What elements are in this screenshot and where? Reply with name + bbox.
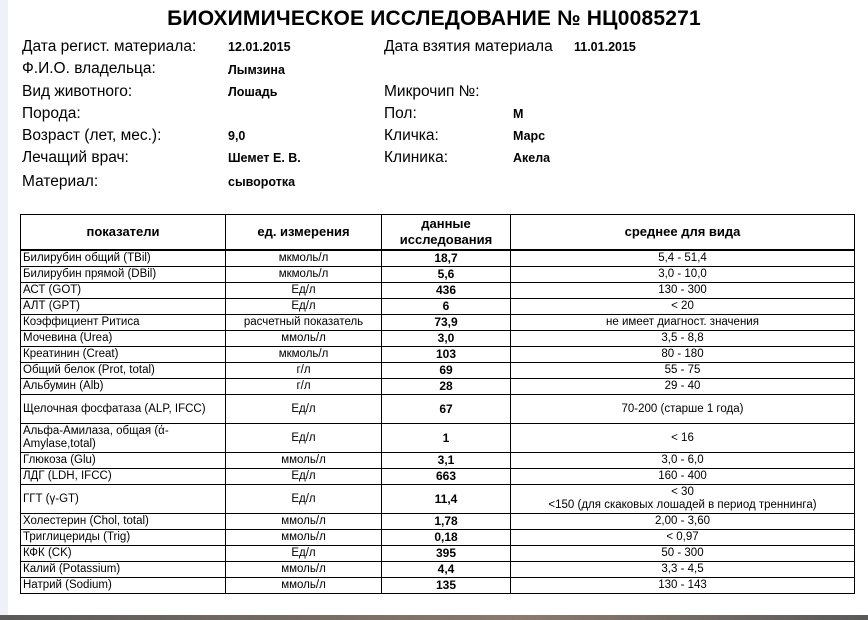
parameter-name: Натрий (Sodium): [21, 578, 226, 594]
parameter-name: Калий (Potassium): [21, 562, 226, 578]
clinic-label: Клиника:: [384, 149, 448, 167]
table-row: Триглицериды (Trig)ммоль/л0,18< 0,97: [21, 530, 855, 546]
table-row: АСТ (GOT)Ед/л436130 - 300: [21, 283, 855, 299]
header-unit: ед. измерения: [226, 215, 382, 251]
material-label: Материал:: [22, 173, 98, 191]
table-row: ГГТ (γ-GT)Ед/л11,4< 30<150 (для скаковых…: [21, 485, 855, 514]
table-row: Коэффициент Ритисарасчетный показатель73…: [21, 315, 855, 331]
reference-range: 3,3 - 4,5: [511, 562, 855, 578]
reference-range-line: < 30: [513, 486, 852, 499]
result-value: 3,0: [382, 331, 511, 347]
table-row: Глюкоза (Glu)ммоль/л3,13,0 - 6,0: [21, 453, 855, 469]
result-value: 135: [382, 578, 511, 594]
table-row: Мочевина (Urea)ммоль/л3,03,5 - 8,8: [21, 331, 855, 347]
unit: мкмоль/л: [226, 250, 382, 267]
unit: мкмоль/л: [226, 267, 382, 283]
header-value: данные исследования: [382, 215, 511, 251]
parameter-name: Креатинин (Creat): [21, 347, 226, 363]
unit: Ед/л: [226, 546, 382, 562]
result-value: 28: [382, 379, 511, 395]
reference-range: < 16: [511, 424, 855, 453]
unit: ммоль/л: [226, 514, 382, 530]
table-row: Креатинин (Creat)мкмоль/л10380 - 180: [21, 347, 855, 363]
parameter-name: Билирубин прямой (DBil): [21, 267, 226, 283]
result-value: 18,7: [382, 250, 511, 267]
table-header-row: показатели ед. измерения данные исследов…: [21, 215, 855, 251]
unit: расчетный показатель: [226, 315, 382, 331]
breed-label: Порода:: [22, 105, 81, 123]
reference-range: 3,0 - 6,0: [511, 453, 855, 469]
parameter-name: КФК (CK): [21, 546, 226, 562]
result-value: 663: [382, 469, 511, 485]
reference-range: 130 - 143: [511, 578, 855, 594]
reference-range: 2,00 - 3,60: [511, 514, 855, 530]
table-row: Билирубин прямой (DBil)мкмоль/л5,63,0 - …: [21, 267, 855, 283]
table-row: Натрий (Sodium)ммоль/л135130 - 143: [21, 578, 855, 594]
table-row: Альбумин (Alb)г/л2829 - 40: [21, 379, 855, 395]
reference-range: 29 - 40: [511, 379, 855, 395]
parameter-name: Коэффициент Ритиса: [21, 315, 226, 331]
doctor-label: Лечащий врач:: [22, 149, 129, 167]
parameter-name: АЛТ (GPT): [21, 299, 226, 315]
result-value: 436: [382, 283, 511, 299]
table-row: ЛДГ (LDH, IFCC)Ед/л663160 - 400: [21, 469, 855, 485]
unit: г/л: [226, 379, 382, 395]
result-value: 6: [382, 299, 511, 315]
microchip-label: Микрочип №:: [384, 83, 480, 101]
reference-range: 3,5 - 8,8: [511, 331, 855, 347]
parameter-name: АСТ (GOT): [21, 283, 226, 299]
result-value: 67: [382, 395, 511, 424]
parameter-name: Мочевина (Urea): [21, 331, 226, 347]
unit: ммоль/л: [226, 453, 382, 469]
unit: Ед/л: [226, 469, 382, 485]
parameter-name: Холестерин (Chol, total): [21, 514, 226, 530]
owner-value: Лымзина: [228, 63, 285, 77]
unit: Ед/л: [226, 283, 382, 299]
table-row: Холестерин (Chol, total)ммоль/л1,782,00 …: [21, 514, 855, 530]
parameter-name: Триглицериды (Trig): [21, 530, 226, 546]
reference-range: 80 - 180: [511, 347, 855, 363]
reference-range: < 0,97: [511, 530, 855, 546]
parameter-name: Щелочная фосфатаза (ALP, IFCC): [21, 395, 226, 424]
unit: Ед/л: [226, 395, 382, 424]
result-value: 73,9: [382, 315, 511, 331]
result-value: 1: [382, 424, 511, 453]
reference-range: 70-200 (старше 1 года): [511, 395, 855, 424]
page-left-margin: [0, 0, 8, 620]
parameter-name: ГГТ (γ-GT): [21, 485, 226, 514]
reference-range: 130 - 300: [511, 283, 855, 299]
sample-date-label: Дата взятия материала: [384, 38, 553, 56]
reference-range-note: <150 (для скаковых лошадей в период трен…: [513, 499, 852, 512]
nickname-label: Кличка:: [384, 127, 439, 145]
parameter-name: ЛДГ (LDH, IFCC): [21, 469, 226, 485]
reference-range: 55 - 75: [511, 363, 855, 379]
doctor-value: Шемет Е. В.: [228, 151, 301, 165]
nickname-value: Марс: [513, 129, 545, 143]
table-row: Билирубин общий (TBil)мкмоль/л18,75,4 - …: [21, 250, 855, 267]
sample-date-value: 11.01.2015: [574, 40, 636, 54]
table-row: Калий (Potassium)ммоль/л4,43,3 - 4,5: [21, 562, 855, 578]
result-value: 11,4: [382, 485, 511, 514]
reference-range: < 30<150 (для скаковых лошадей в период …: [511, 485, 855, 514]
unit: Ед/л: [226, 485, 382, 514]
result-value: 103: [382, 347, 511, 363]
results-table: показатели ед. измерения данные исследов…: [20, 214, 855, 594]
species-label: Вид животного:: [22, 83, 132, 101]
unit: Ед/л: [226, 299, 382, 315]
age-label: Возраст (лет, мес.):: [22, 127, 161, 145]
reference-range: 3,0 - 10,0: [511, 267, 855, 283]
table-row: КФК (CK)Ед/л39550 - 300: [21, 546, 855, 562]
clinic-value: Акела: [513, 151, 550, 165]
reference-range: не имеет диагност. значения: [511, 315, 855, 331]
parameter-name: Общий белок (Prot, total): [21, 363, 226, 379]
unit: Ед/л: [226, 424, 382, 453]
result-value: 1,78: [382, 514, 511, 530]
sex-value: М: [513, 107, 523, 121]
result-value: 395: [382, 546, 511, 562]
result-value: 3,1: [382, 453, 511, 469]
unit: ммоль/л: [226, 578, 382, 594]
table-row: Альфа-Амилаза, общая (ά-Amylase,total)Ед…: [21, 424, 855, 453]
report-title: БИОХИМИЧЕСКОЕ ИССЛЕДОВАНИЕ № НЦ0085271: [0, 7, 868, 31]
header-reference: среднее для вида: [511, 215, 855, 251]
unit: ммоль/л: [226, 562, 382, 578]
material-value: сыворотка: [228, 175, 295, 189]
owner-label: Ф.И.О. владельца:: [22, 60, 156, 78]
reg-date-label: Дата регист. материала:: [22, 38, 196, 56]
result-value: 5,6: [382, 267, 511, 283]
unit: ммоль/л: [226, 530, 382, 546]
table-row: АЛТ (GPT)Ед/л6< 20: [21, 299, 855, 315]
unit: г/л: [226, 363, 382, 379]
table-row: Щелочная фосфатаза (ALP, IFCC)Ед/л6770-2…: [21, 395, 855, 424]
header-parameter: показатели: [21, 215, 226, 251]
unit: ммоль/л: [226, 331, 382, 347]
parameter-name: Альфа-Амилаза, общая (ά-Amylase,total): [21, 424, 226, 453]
sex-label: Пол:: [384, 105, 417, 123]
reference-range: 160 - 400: [511, 469, 855, 485]
reference-range: 50 - 300: [511, 546, 855, 562]
parameter-name: Билирубин общий (TBil): [21, 250, 226, 267]
table-body: Билирубин общий (TBil)мкмоль/л18,75,4 - …: [21, 250, 855, 594]
reg-date-value: 12.01.2015: [228, 40, 291, 54]
parameter-name: Глюкоза (Glu): [21, 453, 226, 469]
reference-range: 5,4 - 51,4: [511, 250, 855, 267]
window-bottom-edge: [0, 615, 868, 620]
parameter-name: Альбумин (Alb): [21, 379, 226, 395]
result-value: 69: [382, 363, 511, 379]
species-value: Лошадь: [228, 85, 277, 99]
reference-range: < 20: [511, 299, 855, 315]
age-value: 9,0: [228, 129, 245, 143]
result-value: 4,4: [382, 562, 511, 578]
unit: мкмоль/л: [226, 347, 382, 363]
result-value: 0,18: [382, 530, 511, 546]
table-row: Общий белок (Prot, total)г/л6955 - 75: [21, 363, 855, 379]
